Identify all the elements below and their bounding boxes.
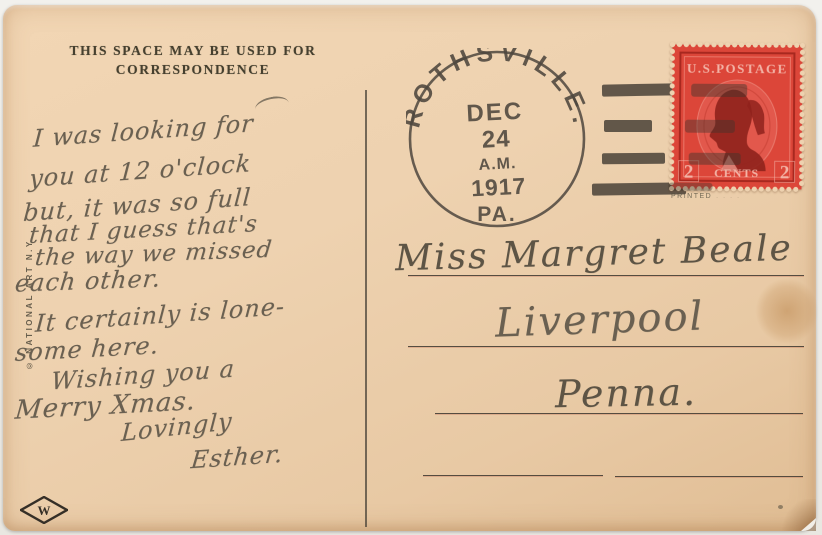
stamp-denomination-right: 2: [780, 162, 790, 183]
correspondence-header-line2: CORRESPONDENCE: [43, 60, 343, 79]
address-rule-line: [423, 475, 603, 476]
printer-logo-svg: W: [20, 496, 68, 524]
divider-line: [365, 90, 367, 527]
imprint-wavy-line: .........: [712, 191, 770, 198]
stray-pen-mark: [254, 94, 291, 119]
stamp-printed-text: PRINTED: [671, 193, 712, 200]
address-name: Miss Margret Beale: [395, 228, 794, 279]
postmark-year: 1917: [470, 173, 526, 202]
stamp-header-label: U.S.POSTAGE: [687, 61, 788, 77]
address-rule-line: [435, 413, 803, 414]
address-state: Penna.: [555, 370, 698, 416]
correspondence-header: THIS SPACE MAY BE USED FOR CORRESPONDENC…: [43, 41, 343, 79]
address-rule-line: [408, 346, 804, 347]
address-city: Liverpool: [494, 293, 705, 346]
cancellation-bar: [602, 83, 675, 96]
postmark-svg: ROTHSVILLE. DEC 24 A.M. 1917 PA.: [406, 48, 588, 230]
message-line: I was looking for: [32, 109, 254, 153]
stamp-printed-imprint: PRINTED.........: [671, 191, 770, 200]
stamp-denomination-label: CENTS: [714, 166, 759, 180]
scanned-postcard: THIS SPACE MAY BE USED FOR CORRESPONDENC…: [0, 0, 822, 535]
postcard-back: THIS SPACE MAY BE USED FOR CORRESPONDENC…: [3, 5, 816, 531]
postmark-state: PA.: [477, 203, 516, 226]
printer-logo: W: [20, 496, 68, 524]
postmark-month: DEC: [466, 98, 524, 128]
postmark-meridiem: A.M.: [478, 155, 517, 174]
postmark: ROTHSVILLE. DEC 24 A.M. 1917 PA.: [406, 48, 588, 230]
cancellation-bar: [602, 153, 665, 165]
correspondence-header-line1: THIS SPACE MAY BE USED FOR: [43, 41, 343, 60]
address-rule-line: [615, 476, 803, 477]
printer-logo-letter: W: [38, 503, 51, 518]
postmark-day: 24: [481, 125, 511, 153]
stamp-denomination-left: 2: [684, 162, 694, 183]
stamp-svg: U.S.POSTAGE 2 CENTS 2: [668, 42, 805, 193]
message-signature: Esther.: [190, 440, 285, 475]
paper-stain: [745, 267, 822, 355]
message-line: each other.: [14, 264, 163, 297]
address-rule-line: [408, 275, 804, 276]
cancellation-bar: [604, 120, 652, 132]
postage-stamp: U.S.POSTAGE 2 CENTS 2: [668, 42, 805, 193]
